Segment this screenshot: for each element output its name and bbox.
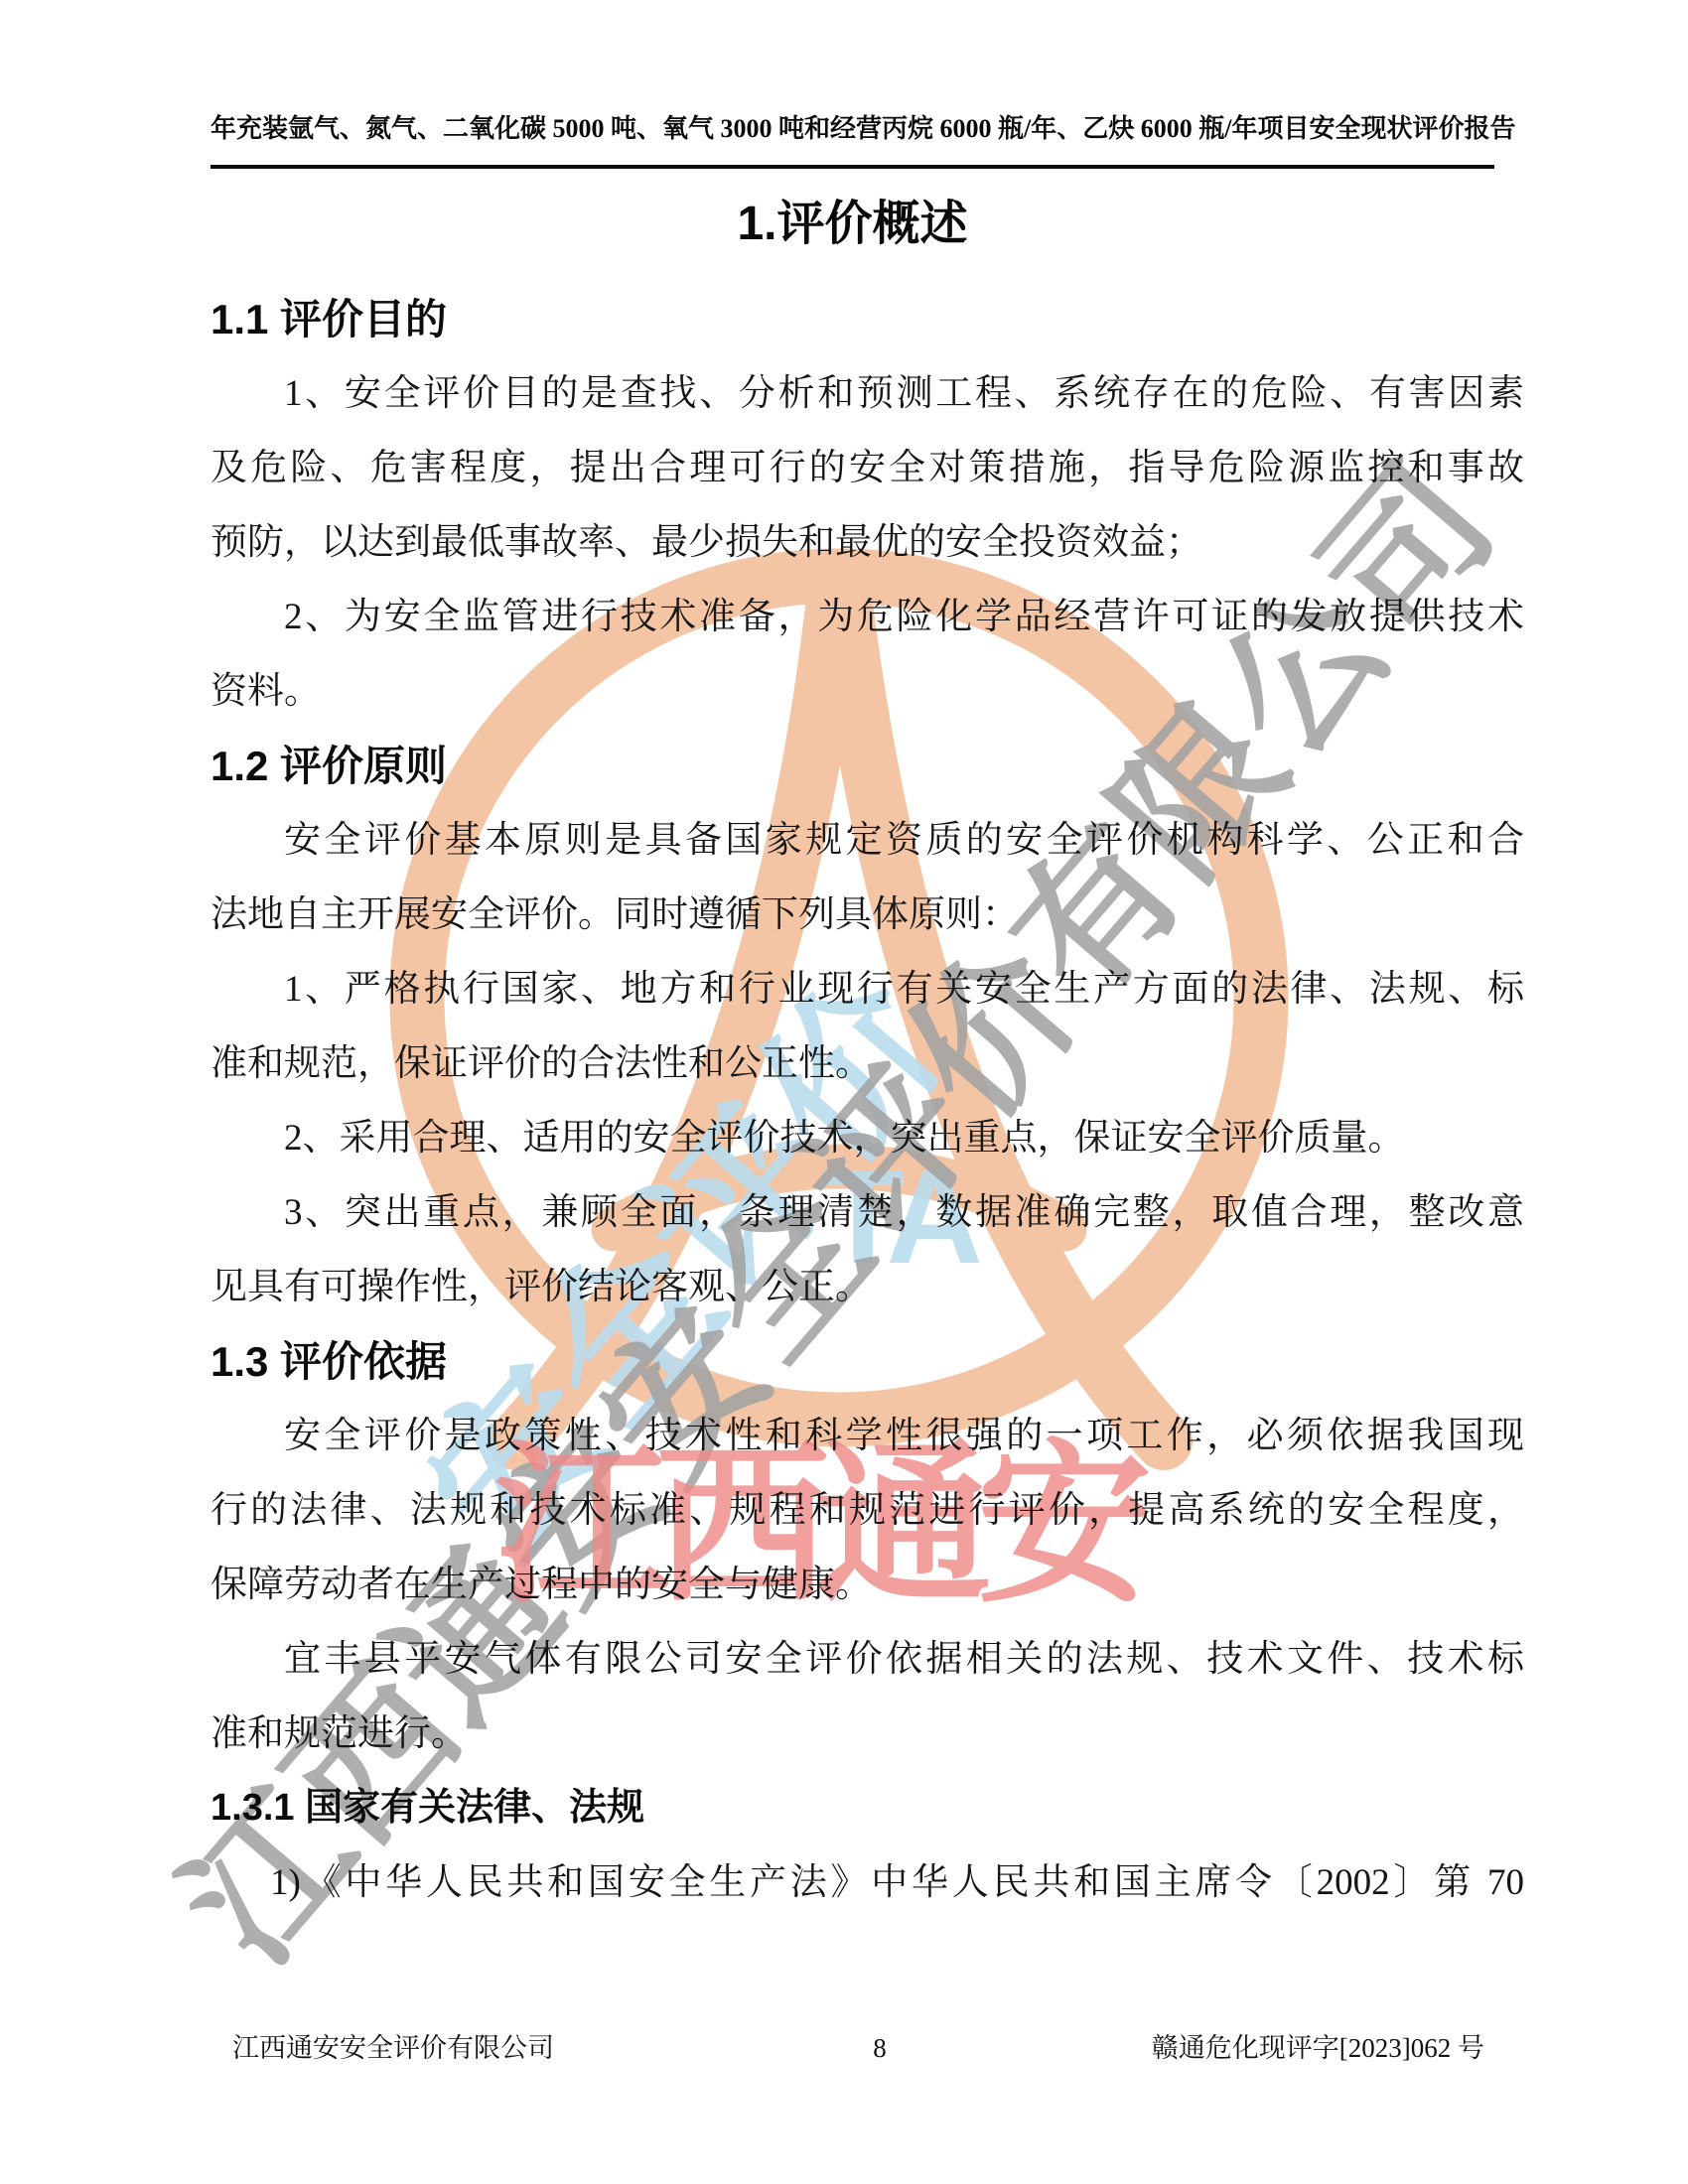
body-line: 1、严格执行国家、地方和行业现行有关安全生产方面的法律、法规、标 xyxy=(211,952,1524,1026)
body-line: 安全评价基本原则是具备国家规定资质的安全评价机构科学、公正和合 xyxy=(211,803,1524,878)
section-heading-1-2: 1.2 评价原则 xyxy=(211,729,1524,803)
body-line: 法地自主开展安全评价。同时遵循下列具体原则： xyxy=(211,878,1524,952)
body-line: 及危险、危害程度，提出合理可行的安全对策措施，指导危险源监控和事故 xyxy=(211,431,1524,505)
section-heading-1-3-1: 1.3.1 国家有关法律、法规 xyxy=(211,1771,1524,1845)
section-heading-1-3: 1.3 评价依据 xyxy=(211,1324,1524,1399)
body-line: 保障劳动者在生产过程中的安全与健康。 xyxy=(211,1548,1524,1622)
footer-document-number: 赣通危化现评字[2023]062 号 xyxy=(1152,2032,1484,2064)
body-line: 宜丰县平安气体有限公司安全评价依据相关的法规、技术文件、技术标 xyxy=(211,1622,1524,1697)
section-heading-1-1: 1.1 评价目的 xyxy=(211,282,1524,356)
body-text-area: 1.1 评价目的 1、安全评价目的是查找、分析和预测工程、系统存在的危险、有害因… xyxy=(211,282,1524,1920)
body-line: 1、安全评价目的是查找、分析和预测工程、系统存在的危险、有害因素 xyxy=(211,356,1524,431)
body-line: 行的法律、法规和技术标准、规程和规范进行评价，提高系统的安全程度， xyxy=(211,1473,1524,1548)
footer-company-name: 江西通安安全评价有限公司 xyxy=(232,2032,554,2064)
footer-page-number: 8 xyxy=(873,2032,887,2064)
content-layer: 年充装氩气、氮气、二氧化碳 5000 吨、氧气 3000 吨和经营丙烷 6000… xyxy=(0,0,1688,2184)
page-header-title: 年充装氩气、氮气、二氧化碳 5000 吨、氧气 3000 吨和经营丙烷 6000… xyxy=(211,111,1531,147)
body-line: 准和规范进行。 xyxy=(211,1697,1524,1771)
body-line: 2、为安全监管进行技术准备，为危险化学品经营许可证的发放提供技术 xyxy=(211,580,1524,654)
body-line: 3、突出重点，兼顾全面，条理清楚，数据准确完整，取值合理，整改意 xyxy=(211,1175,1524,1250)
body-line: 2、采用合理、适用的安全评价技术，突出重点，保证安全评价质量。 xyxy=(211,1101,1524,1175)
document-page: 安全评价 TA 江西通安安全评价有限公司 江西通安 年充装氩气、氮气、二氧化碳 … xyxy=(0,0,1688,2184)
header-rule xyxy=(211,165,1494,169)
body-line: 资料。 xyxy=(211,654,1524,729)
body-line: 1)《中华人民共和国安全生产法》中华人民共和国主席令〔2002〕第 70 xyxy=(211,1845,1524,1920)
body-line: 预防，以达到最低事故率、最少损失和最优的安全投资效益； xyxy=(211,505,1524,580)
chapter-title: 1.评价概述 xyxy=(211,197,1494,252)
body-line: 准和规范，保证评价的合法性和公正性。 xyxy=(211,1026,1524,1101)
body-line: 见具有可操作性，评价结论客观、公正。 xyxy=(211,1250,1524,1324)
body-line: 安全评价是政策性、技术性和科学性很强的一项工作，必须依据我国现 xyxy=(211,1399,1524,1473)
